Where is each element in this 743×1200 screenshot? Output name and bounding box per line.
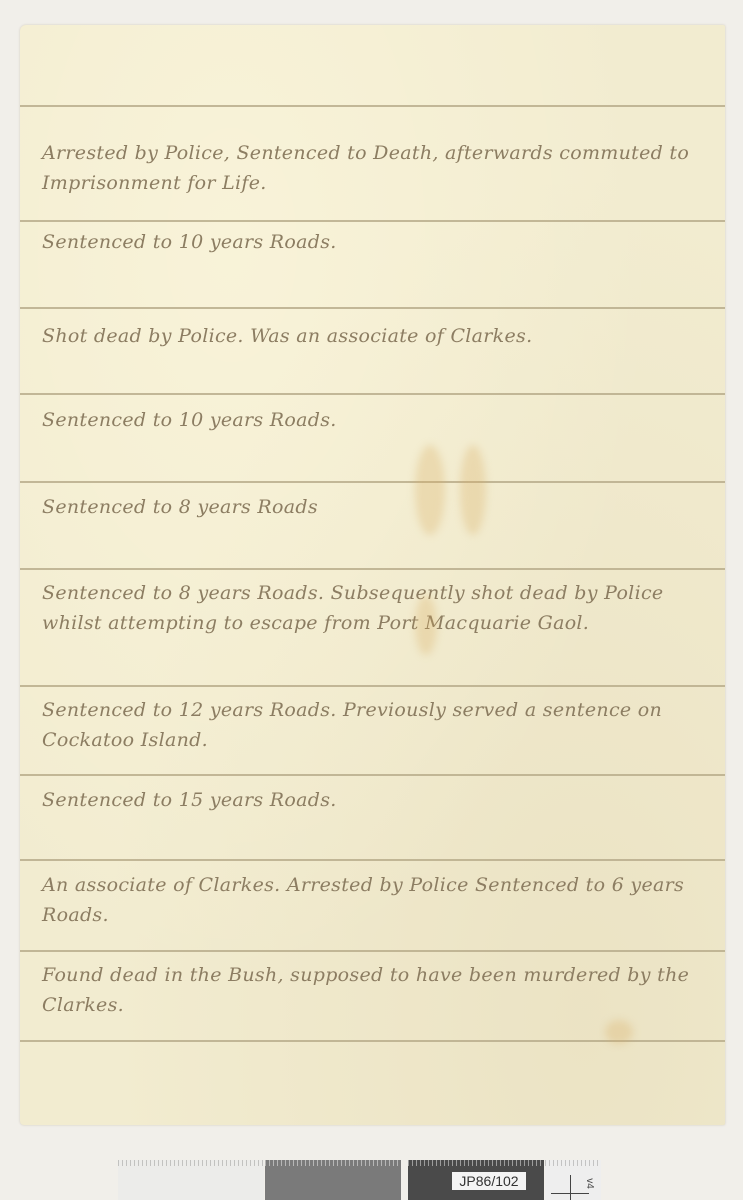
entry-8: Sentenced to 15 years Roads. <box>42 785 695 815</box>
crosshair-icon <box>551 1193 589 1194</box>
entry-10: Found dead in the Bush, supposed to have… <box>42 960 695 1020</box>
rule-line <box>20 950 725 952</box>
rule-line <box>20 307 725 309</box>
crosshair-icon <box>570 1175 571 1200</box>
entry-4: Sentenced to 10 years Roads. <box>42 405 695 435</box>
rule-line <box>20 685 725 687</box>
rule-line <box>20 105 725 107</box>
rule-line <box>20 568 725 570</box>
entry-1: Arrested by Police, Sentenced to Death, … <box>42 138 695 198</box>
scale-segment-light <box>118 1160 264 1200</box>
version-label: v4 <box>584 1178 595 1189</box>
reference-label: JP86/102 <box>452 1172 526 1190</box>
entry-6: Sentenced to 8 years Roads. Subsequently… <box>42 578 695 638</box>
rule-line <box>20 481 725 483</box>
rule-line <box>20 859 725 861</box>
rule-line <box>20 774 725 776</box>
entry-7: Sentenced to 12 years Roads. Previously … <box>42 695 695 755</box>
entry-2: Sentenced to 10 years Roads. <box>42 227 695 257</box>
rule-line <box>20 220 725 222</box>
manuscript-page: Arrested by Police, Sentenced to Death, … <box>20 25 725 1125</box>
water-stain <box>460 445 486 535</box>
entry-3: Shot dead by Police. Was an associate of… <box>42 321 695 351</box>
water-stain <box>605 1020 633 1044</box>
water-stain <box>415 595 437 655</box>
water-stain <box>415 445 445 535</box>
scale-segment-mid <box>265 1160 401 1200</box>
entry-5: Sentenced to 8 years Roads <box>42 492 695 522</box>
rule-line <box>20 393 725 395</box>
entry-9: An associate of Clarkes. Arrested by Pol… <box>42 870 695 930</box>
